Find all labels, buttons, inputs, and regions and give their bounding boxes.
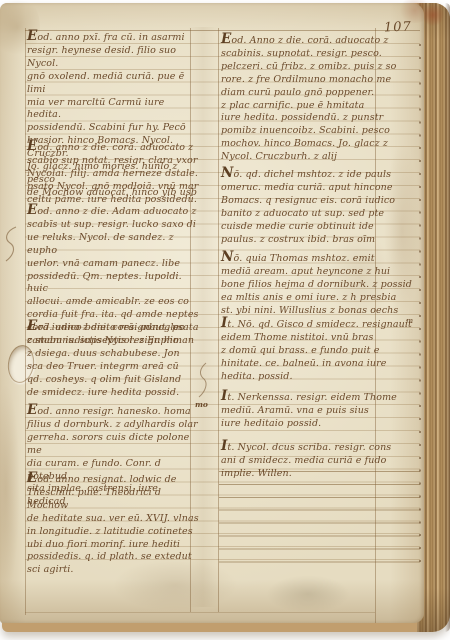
manuscript-paragraph: It. Nycol. dcus scriba. resigr. cons ani… [221, 440, 417, 481]
ruling-lines-blank-area [219, 471, 420, 563]
page-edge-rim [445, 3, 450, 632]
stain-bottom-center [266, 575, 350, 613]
manuscript-paragraph: It. Nō. qd. Gisco d smidecz. resignauit … [221, 317, 417, 384]
manuscript-photo: 107 Eod. anno pxī. fra cū. in asarmi res… [0, 0, 450, 640]
right-marginal-note: m [406, 317, 413, 325]
stain-left-edge [0, 383, 20, 593]
manuscript-paragraph: Nō. quia Thomas mshtoz. emit mediā aream… [221, 251, 417, 318]
gutter-rule-right [218, 28, 219, 612]
manuscript-paragraph: Eod. anno z die. corā. adnogleo z stabun… [27, 320, 199, 399]
pen-flourish-gutter [196, 361, 210, 399]
bottom-rule [25, 612, 375, 613]
pen-flourish-left-margin [2, 225, 22, 263]
pricking-marks [419, 44, 421, 562]
gutter-marginal-note: mo [195, 401, 208, 409]
manuscript-paragraph: Nō. qd. dichel mshtoz. z ide pauls omeru… [221, 167, 417, 246]
left-margin-rule [25, 28, 26, 615]
manuscript-paragraph: Eod. anno resignat. lodwic de Theschin. … [27, 472, 199, 577]
manuscript-paragraph: It. Nerkenssa. resigr. eidem Thome mediū… [221, 390, 417, 431]
manuscript-paragraph: Eod. anno z die. corā. aduocato z scabīo… [27, 140, 199, 207]
manuscript-leaf: 107 Eod. anno pxī. fra cū. in asarmi res… [0, 3, 424, 623]
manuscript-paragraph: Eod. Anno z die. corā. aduocato z scabin… [221, 33, 417, 164]
